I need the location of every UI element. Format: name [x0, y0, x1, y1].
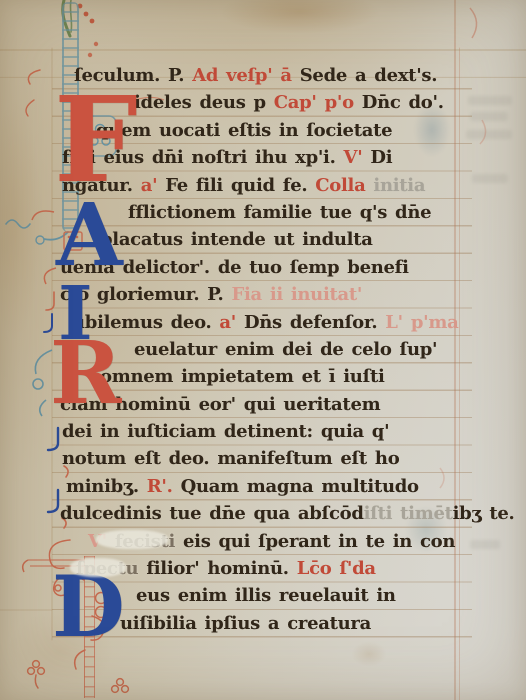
text-segment: fecisti	[115, 531, 183, 552]
text-segment: notum eſt deo. manifeſtum eſt ho	[62, 448, 399, 469]
text-segment: a'	[141, 175, 166, 196]
text-line: dulcedinis tue dn̄e qua abſcōdiſti timēt…	[60, 500, 474, 527]
text-segment: ſpectu	[76, 558, 146, 579]
text-line: uiſibilia ipſius a creatura	[120, 610, 474, 637]
text-segment: euelatur enim dei de celo ſup'	[134, 339, 437, 360]
text-segment: Sede a dext's.	[300, 65, 437, 86]
text-segment: eus enim illis reuelauit in	[136, 585, 396, 606]
text-segment: Dn̄s defenſor.	[244, 312, 385, 333]
text-segment: V'	[88, 531, 115, 552]
text-line: fflictionem familie tue q's dn̄e	[128, 199, 474, 226]
text-line: eus enim illis reuelauit in	[136, 582, 474, 609]
text-segment: initia	[373, 175, 425, 196]
text-segment: R'.	[147, 476, 181, 497]
text-line: filii eius dn̄i noſtri ihu xp'i. V' Di	[62, 144, 474, 171]
text-segment: Colla	[315, 175, 373, 196]
text-segment: Ad veſp' ā	[192, 65, 299, 86]
text-line: ngatur. a' Fe fili quid fe. Colla initia	[62, 172, 474, 199]
text-segment: iſti timēt	[364, 503, 453, 524]
text-line: dei in iuſticiam detinent: quia q'	[62, 418, 474, 445]
text-line: cio gloriemur. P. Fia ii inuitat'	[60, 281, 474, 308]
text-line: omnem impietatem et ī iuſti	[100, 363, 474, 390]
text-line: notum eſt deo. manifeſtum eſt ho	[62, 445, 474, 472]
text-segment: quem uocati eſtis in ſocietate	[96, 120, 392, 141]
text-segment: minibʒ.	[66, 476, 147, 497]
offset-text-ghost	[472, 174, 508, 183]
text-segment: Fe fili quid fe.	[165, 175, 315, 196]
text-segment: eis qui ſperant in te in con	[183, 531, 455, 552]
text-segment: filii eius dn̄i noſtri ihu xp'i.	[62, 147, 344, 168]
text-line: ideles deus p Cap' p'o Dn̄c do'.	[134, 89, 474, 116]
text-segment: Fia ii inuitat'	[231, 284, 362, 305]
text-segment: Dn̄c do'.	[362, 92, 444, 113]
text-segment: Cap' p'o	[274, 92, 362, 113]
text-segment: Di	[370, 147, 392, 168]
text-segment: L' p'ma	[385, 312, 458, 333]
text-segment: dulcedinis tue dn̄e qua abſcōd	[60, 503, 364, 524]
stain-foxing	[344, 636, 394, 672]
text-segment: ngatur.	[62, 175, 141, 196]
text-segment: dei in iuſticiam detinent: quia q'	[62, 421, 389, 442]
text-segment: uenia delictor'. de tuo ſemp benefi	[60, 257, 409, 278]
text-line: ſpectu filior' hominū. Lc̄o ſ'da	[76, 555, 474, 582]
text-line: ciam hominū eor' qui ueritatem	[60, 391, 474, 418]
initial-r-ornament	[33, 350, 52, 416]
text-segment: cio gloriemur. P.	[60, 284, 231, 305]
manuscript-leaf-photo: ſeculum. P. Ad veſp' ā Sede a dext's.ide…	[0, 0, 526, 700]
text-segment: uiſibilia ipſius a creatura	[120, 613, 371, 634]
offset-text-ghost	[468, 96, 512, 105]
text-segment: ideles deus p	[134, 92, 274, 113]
text-block: ſeculum. P. Ad veſp' ā Sede a dext's.ide…	[60, 62, 474, 637]
text-line: euelatur enim dei de celo ſup'	[134, 336, 474, 363]
text-segment: a'	[219, 312, 244, 333]
text-segment: placatus intende ut indulta	[100, 229, 373, 250]
text-segment: Lc̄o ſ'da	[297, 558, 376, 579]
text-segment: Quam magna multitudo	[181, 476, 419, 497]
text-segment: ubilemus deo.	[72, 312, 219, 333]
text-line: V' fecisti eis qui ſperant in te in con	[88, 528, 474, 555]
offset-text-ghost	[470, 540, 500, 549]
text-segment: fflictionem familie tue q's dn̄e	[128, 202, 431, 223]
text-segment: ſeculum. P.	[74, 65, 192, 86]
text-segment: filior' hominū.	[146, 558, 296, 579]
margin-hooks	[44, 292, 54, 332]
text-segment: omnem impietatem et ī iuſti	[100, 366, 385, 387]
text-segment: ibʒ te.	[453, 503, 515, 524]
text-segment: ciam hominū eor' qui ueritatem	[60, 394, 380, 415]
offset-text-ghost	[470, 112, 508, 121]
text-line: minibʒ. R'. Quam magna multitudo	[66, 473, 474, 500]
text-line: ſeculum. P. Ad veſp' ā Sede a dext's.	[74, 62, 474, 89]
stain-left-margin	[0, 60, 50, 380]
text-line: quem uocati eſtis in ſocietate	[96, 117, 474, 144]
stain-top	[190, 0, 410, 42]
text-line: uenia delictor'. de tuo ſemp benefi	[60, 254, 474, 281]
text-line: placatus intende ut indulta	[100, 226, 474, 253]
text-line: ubilemus deo. a' Dn̄s defenſor. L' p'ma	[72, 309, 474, 336]
text-segment: V'	[344, 147, 371, 168]
